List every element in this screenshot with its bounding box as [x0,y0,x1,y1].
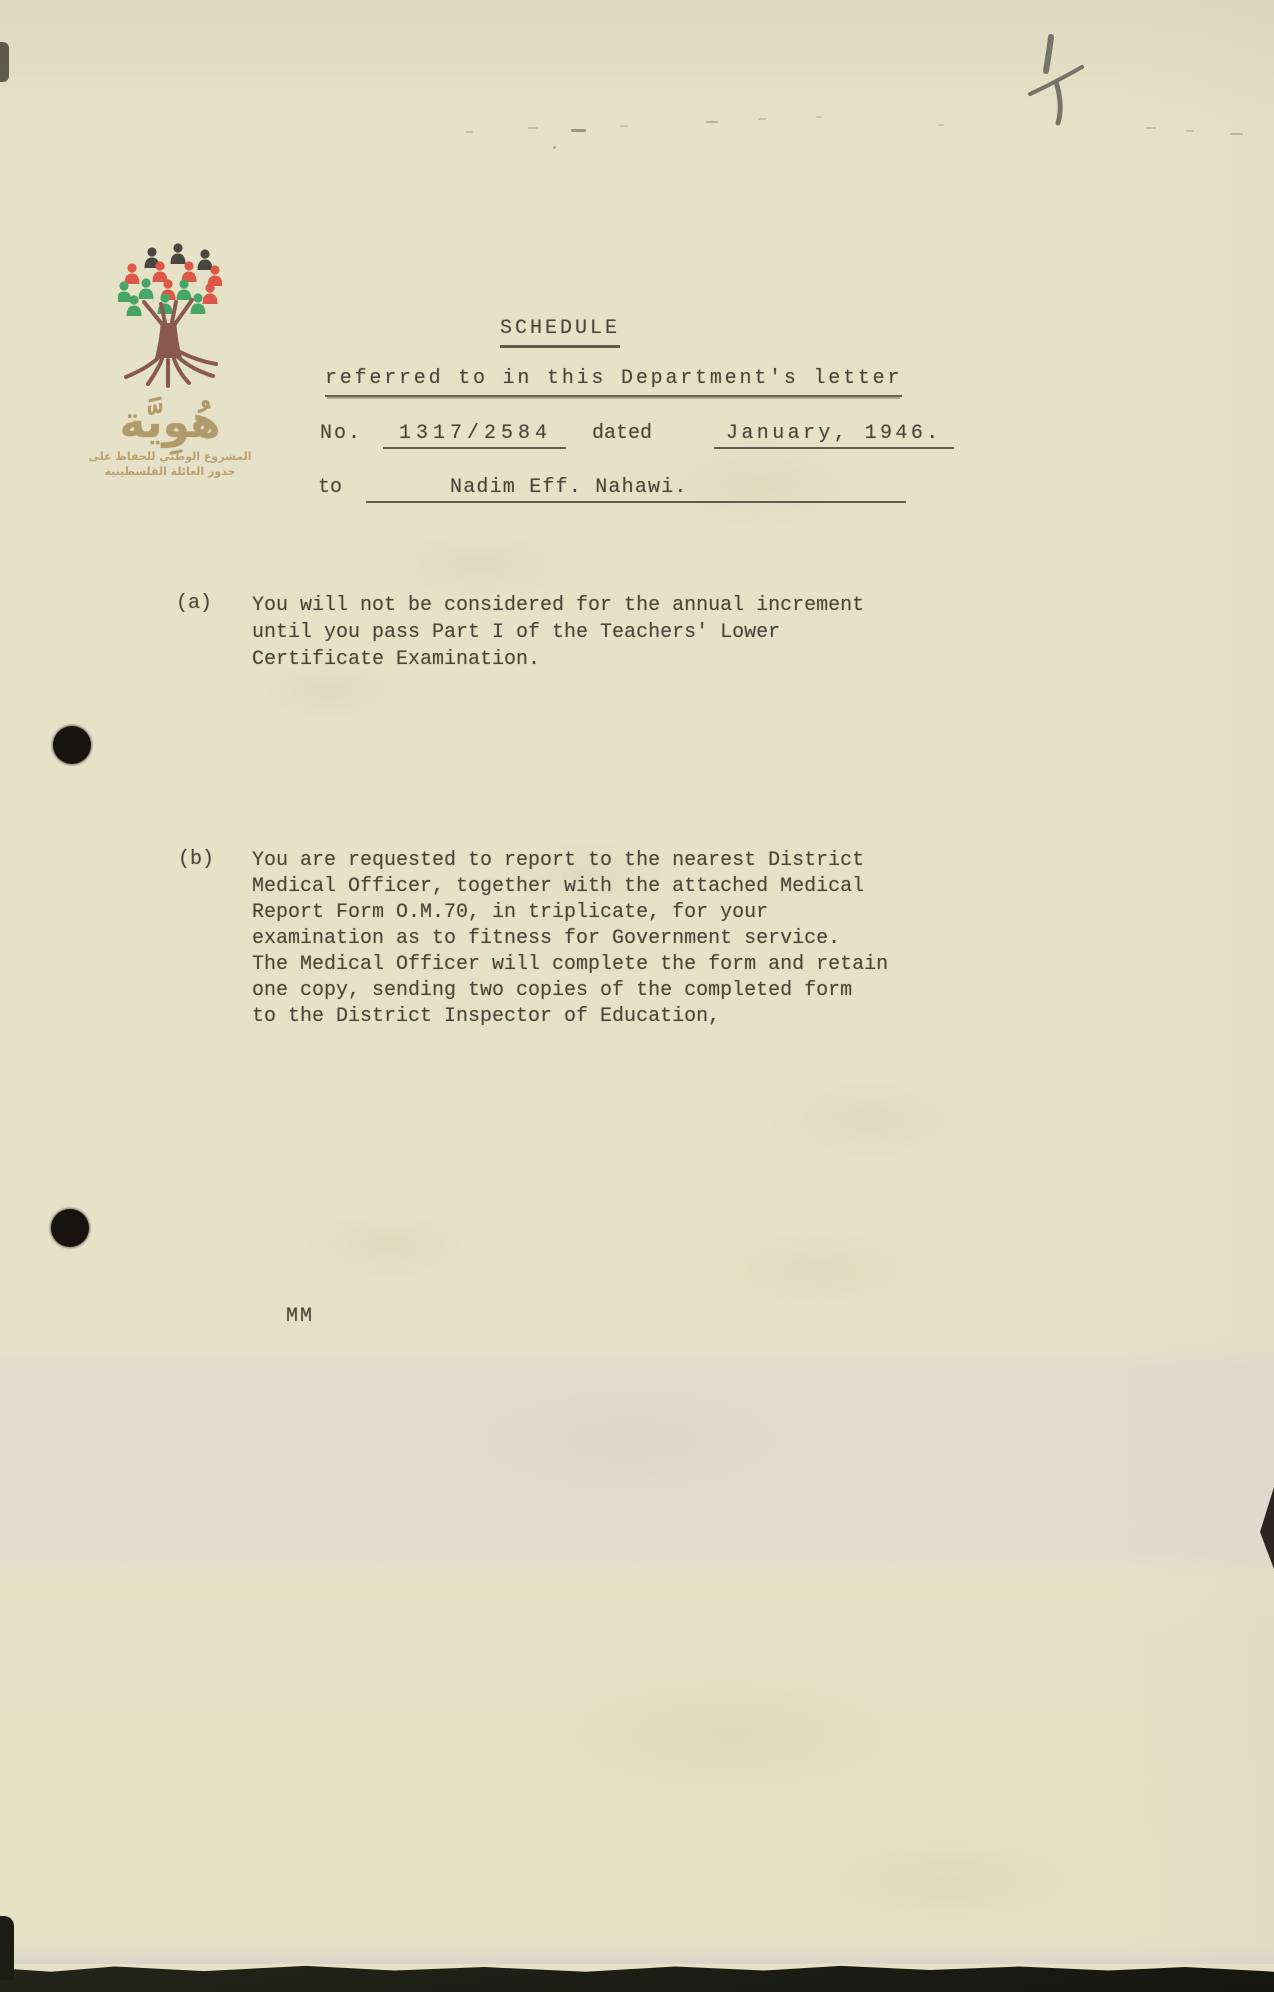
scan-edge-bottom-left [0,1916,14,1980]
hole-punch-bottom [51,1209,89,1247]
schedule-title: SCHEDULE [500,316,620,348]
scan-edge-mark-top-left [0,42,9,82]
schedule-subtitle: referred to in this Department's letter [325,366,902,397]
pencil-dot [553,146,556,149]
paragraph-a-label: (a) [176,592,212,615]
paragraph-a-text: You will not be considered for the annua… [252,592,864,673]
hole-punch-top [53,726,91,764]
pencil-dash [620,125,628,127]
scan-edge-shadow [0,1942,1274,1964]
scanned-document-page: هُوِيَّة المشروع الوطني للحفاظ على جذور … [0,0,1274,1992]
archive-logo: هُوِيَّة المشروع الوطني للحفاظ على جذور … [70,240,270,479]
pencil-dash [816,116,822,118]
paper-stain [300,1210,480,1280]
pencil-dash [1186,130,1194,132]
dated-value: January, 1946. [726,421,942,447]
paragraph-b-text: You are requested to report to the neare… [252,848,888,1030]
pencil-dash [938,124,944,126]
scan-edge-bottom [0,1963,1274,1992]
handwritten-fraction-mark [1022,28,1094,126]
to-value: Nadim Eff. Nahawi. [450,475,688,501]
no-value: 1317/2584 [399,421,552,447]
no-label: No. [320,421,362,447]
pencil-dash [1146,127,1156,129]
pencil-dash [466,131,473,133]
paper-stain [820,1840,1080,1920]
pencil-dash [528,127,538,129]
paper-stain [480,1390,780,1490]
dated-label: dated [592,421,652,447]
paper-stain [700,1230,940,1310]
paper-stain [560,1680,900,1790]
typist-initials: MM [286,1304,314,1330]
paper-stain [380,530,580,600]
scan-edge-notch-right [1260,1487,1274,1569]
pencil-dash [571,129,586,132]
scan-shade-middle [0,1340,1274,1580]
paper-stain [760,1080,980,1160]
people-tree-icon [118,240,222,390]
pencil-dash [1230,133,1243,135]
scan-shade-lower [0,1580,1274,1946]
logo-wordmark: هُوِيَّة [70,397,270,449]
paragraph-b-label: (b) [178,848,214,871]
to-label: to [318,475,342,501]
pencil-dash [706,121,718,123]
scan-shade-right [1124,0,1274,1992]
logo-tagline-line2: جذور العائلة الفلسطينية [70,464,270,479]
logo-tagline-line1: المشروع الوطني للحفاظ على [70,449,270,464]
pencil-dash [758,118,766,120]
